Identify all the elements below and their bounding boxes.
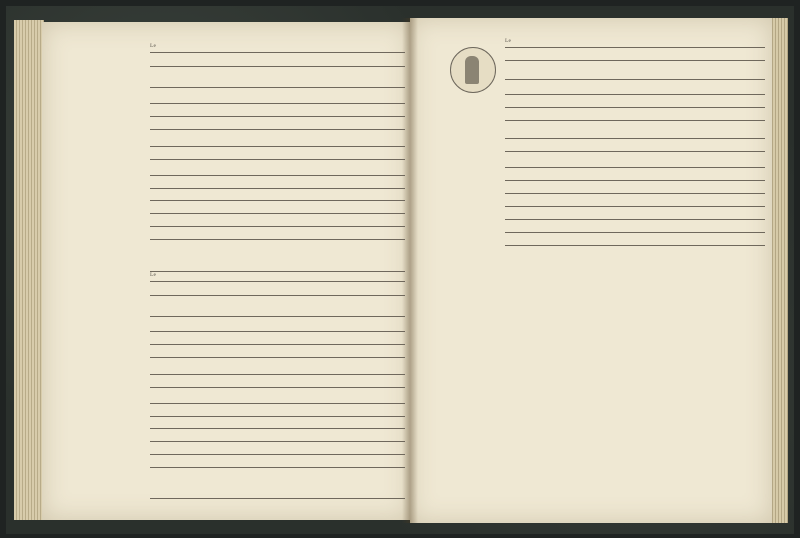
spouse-line-cont bbox=[505, 167, 765, 181]
declaration-line bbox=[150, 428, 405, 442]
page-edges-right bbox=[770, 18, 788, 523]
birth-line bbox=[150, 331, 405, 345]
domicile-line bbox=[150, 90, 405, 104]
deceased-name-line bbox=[150, 303, 405, 317]
declaration-line-cont bbox=[505, 219, 765, 233]
domicile-line bbox=[150, 318, 405, 332]
date-line: Le bbox=[150, 268, 405, 282]
declaration-line-cont bbox=[505, 232, 765, 246]
declaration-line bbox=[150, 200, 405, 214]
deceased-name-line bbox=[150, 74, 405, 88]
birth-line-cont bbox=[150, 116, 405, 130]
parents-line-cont bbox=[150, 146, 405, 160]
declaration-line-cont bbox=[150, 441, 405, 455]
declaration-line-cont bbox=[505, 206, 765, 220]
parents-line bbox=[505, 125, 765, 139]
declaration-line-cont bbox=[150, 226, 405, 240]
birth-line bbox=[150, 103, 405, 117]
domicile-line bbox=[505, 81, 765, 95]
page-edges-left bbox=[14, 20, 44, 520]
drawn-date-line bbox=[150, 187, 405, 201]
officer-text bbox=[150, 508, 405, 521]
birth-line bbox=[505, 94, 765, 108]
declaration-line-cont bbox=[150, 213, 405, 227]
parents-line-cont bbox=[150, 374, 405, 388]
official-seal-stamp bbox=[450, 47, 496, 93]
spouse-line bbox=[150, 390, 405, 404]
declaration-line bbox=[505, 193, 765, 207]
deceased-name-line bbox=[505, 66, 765, 80]
drawn-date-line bbox=[505, 180, 765, 194]
hour-place-line bbox=[505, 47, 765, 61]
hour-place-line bbox=[150, 53, 405, 67]
parents-line bbox=[150, 133, 405, 147]
parents-line-cont bbox=[505, 138, 765, 152]
birth-line-cont bbox=[150, 344, 405, 358]
date-line: Le bbox=[505, 34, 765, 48]
parents-line bbox=[150, 361, 405, 375]
declaration-line-cont bbox=[150, 454, 405, 468]
drawn-date-line bbox=[150, 415, 405, 429]
birth-line-cont bbox=[505, 107, 765, 121]
spouse-line bbox=[505, 154, 765, 168]
spouse-line bbox=[150, 162, 405, 176]
hour-place-line bbox=[150, 282, 405, 296]
date-line: Le bbox=[150, 39, 405, 53]
